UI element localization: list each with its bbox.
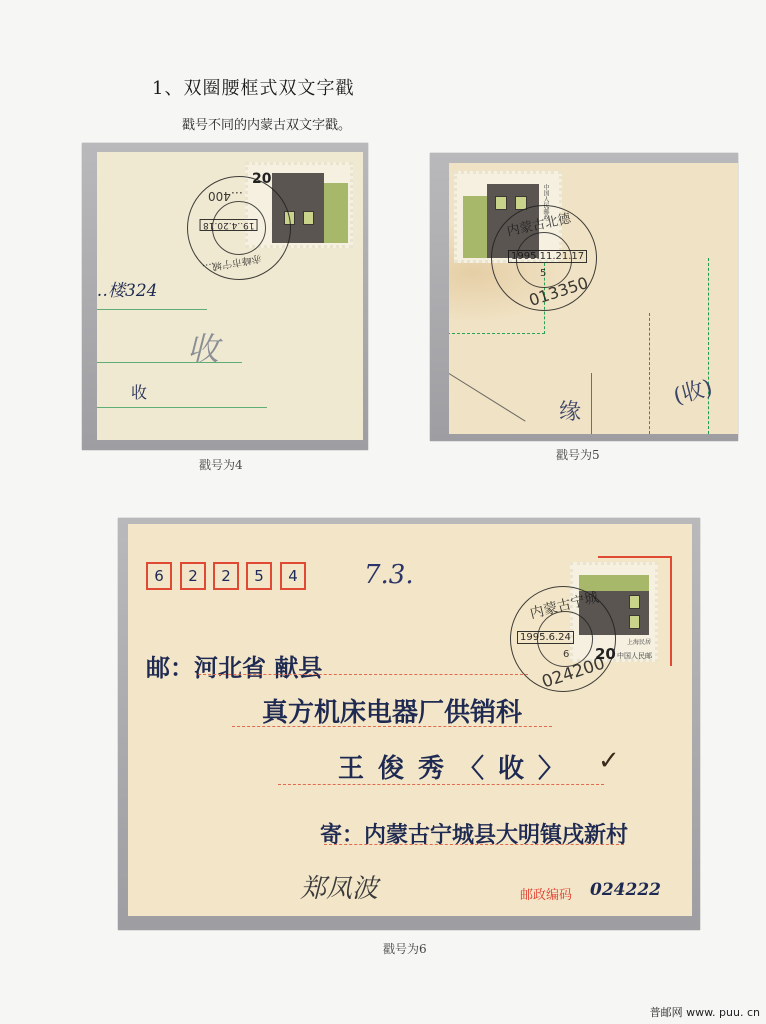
address-line-2: 真方机床电器厂供销科 bbox=[262, 692, 522, 729]
postcode-label: 邮政编码 bbox=[520, 884, 572, 903]
postmark-2: 内蒙古北德 1995.11.21.17 5 013350 bbox=[491, 205, 597, 311]
postmark-3: 内蒙古宁城 1995.6.24 6 024200 bbox=[510, 586, 616, 692]
zip-box: 5 bbox=[246, 562, 272, 590]
handwritten-note: 7.3. bbox=[364, 560, 414, 590]
caption-1: 戳号为4 bbox=[199, 456, 243, 473]
stamp-issuer: 中国人民邮政 bbox=[617, 651, 655, 662]
postmark-serial: 5 bbox=[540, 268, 546, 279]
handwriting-address: …楼324 bbox=[97, 276, 157, 301]
postmark-place: 赤峰市宁城… bbox=[201, 252, 263, 277]
postmark-1: 19..4.20.18 …400 赤峰市宁城… bbox=[187, 176, 291, 280]
sender-signature: 郑凤波 bbox=[300, 868, 378, 905]
postmark-date: 19..4.20.18 bbox=[200, 219, 258, 231]
postmark-date: 1995.6.24 bbox=[517, 631, 574, 644]
cover-full: 6 2 2 5 4 7.3. 上海民居 20 中国人民邮政 内蒙古宁城 1995… bbox=[128, 524, 692, 916]
zip-box: 4 bbox=[280, 562, 306, 590]
caption-3: 戳号为6 bbox=[383, 940, 427, 957]
postmark-serial: 6 bbox=[563, 649, 569, 660]
postmark-date: 1995.11.21.17 bbox=[508, 250, 587, 263]
page-subheading: 戳号不同的内蒙古双文字戳。 bbox=[182, 114, 351, 133]
handwriting-receive-small: 收 bbox=[131, 380, 147, 403]
address-line-3: 王俊秀〈收〉 bbox=[338, 748, 578, 785]
zip-box: 2 bbox=[213, 562, 239, 590]
cover-fragment-2: 中国人民邮政 内蒙古北德 1995.11.21.17 5 013350 缘 (收… bbox=[449, 163, 738, 434]
handwriting-fragment: 缘 bbox=[559, 395, 581, 426]
postmark-postcode: …400 bbox=[208, 189, 243, 203]
page-heading: 1、双圈腰框式双文字戳 bbox=[152, 74, 354, 100]
handwriting-receive: 收 bbox=[187, 324, 219, 370]
site-watermark: 普邮网 www. puu. cn bbox=[650, 1004, 760, 1020]
check-mark: ✓ bbox=[598, 746, 620, 776]
postcode-value: 024222 bbox=[590, 880, 661, 900]
zip-box: 6 bbox=[146, 562, 172, 590]
zip-box: 2 bbox=[180, 562, 206, 590]
address-line-1: 邮：河北省 献县 bbox=[146, 648, 322, 683]
caption-2: 戳号为5 bbox=[556, 446, 600, 463]
cover-fragment-1: 20 19..4.20.18 …400 赤峰市宁城… …楼324 收 收 bbox=[97, 152, 363, 440]
stamp-subject: 上海民居 bbox=[627, 637, 651, 646]
